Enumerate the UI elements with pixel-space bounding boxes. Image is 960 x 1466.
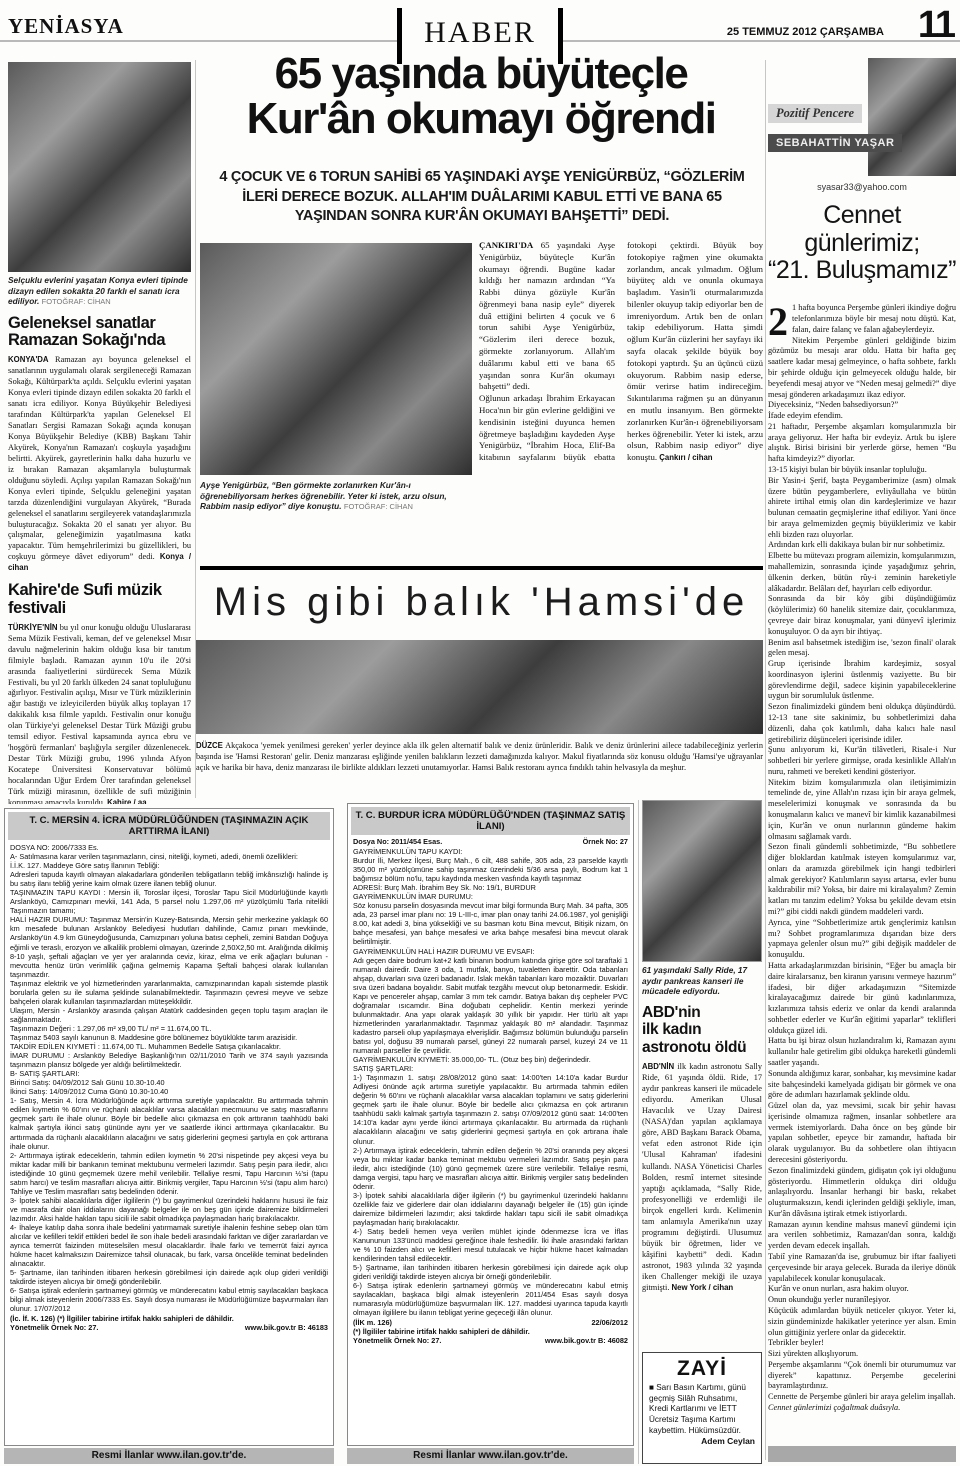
burdur-bik-ref: www.bik.gov.tr B: 46082 xyxy=(545,1336,628,1345)
divider-right xyxy=(765,60,766,1460)
column-kicker: Pozitif Pencere xyxy=(768,104,862,123)
zayi-title: ZAYİ xyxy=(649,1357,755,1381)
newspaper-page: YENİASYA HABER 25 TEMMUZ 2012 ÇARŞAMBA 1… xyxy=(0,0,960,1466)
photo-credit: FOTOĞRAF: CİHAN xyxy=(42,297,111,306)
columnist-header: Pozitif Pencere SEBAHATTİN YAŞAR xyxy=(768,58,956,178)
left-column: Selçuklu evlerini yaşatan Konya evleri t… xyxy=(8,62,191,804)
hamsi-body: DÜZCE Akçakoca 'yemek yenilmesi gereken'… xyxy=(196,740,763,798)
mersin-notice-title: T. C. MERSİN 4. İCRA MÜDÜRLÜĞÜNDEN (TAŞI… xyxy=(8,812,330,840)
page-number: 11 xyxy=(918,4,954,47)
sally-credit: New York / cihan xyxy=(672,1283,734,1292)
kahire-headline: Kahire'de Sufi müzik festivali xyxy=(8,582,191,617)
mersin-auction-notice: T. C. MERSİN 4. İCRA MÜDÜRLÜĞÜNDEN (TAŞI… xyxy=(4,808,334,1446)
burdur-file-no: Dosya No: 2011/454 Esas. xyxy=(353,837,442,846)
sally-headline: ABD'nin ilk kadın astronotu öldü xyxy=(642,1004,762,1056)
mersin-notice-body: DOSYA NO: 2006/7333 Es. A- Satılmasına k… xyxy=(5,842,333,1314)
drop-cap: 2 xyxy=(768,303,792,339)
sally-body: ABD'NİN ilk kadın astronotu Sally Ride, … xyxy=(642,1061,762,1293)
burdur-notice-footer: Yönetmelik Örnek No: 27. www.bik.gov.tr … xyxy=(348,1336,633,1345)
column-headline: Cennet günlerimiz; “21. Buluşmamız” xyxy=(768,202,956,285)
main-subhead: 4 ÇOCUK VE 6 TORUN SAHİBİ 65 YAŞINDAKİ A… xyxy=(218,168,746,227)
hamsi-headline: Mis gibi balık 'Hamsi'de xyxy=(200,580,763,625)
sally-photo-caption: 61 yaşındaki Sally Ride, 17 aydır pankre… xyxy=(642,965,762,997)
konya-ramazan-street-photo xyxy=(8,62,191,272)
konya-body: KONYA'DA Ramazan ayı boyunca geleneksel … xyxy=(8,355,191,574)
columnist-portrait-photo xyxy=(868,58,956,176)
divider-sally xyxy=(638,800,639,1464)
section-divider-rule xyxy=(200,566,763,570)
burdur-notice-title: T. C. BURDUR İCRA MÜDÜRLÜĞÜ'NDEN (TAŞINM… xyxy=(351,807,630,835)
zayi-classified-box: ZAYİ ■ Sarı Basın Kartımı, günü geçmiş S… xyxy=(642,1352,762,1464)
cankiri-credit: Çankırı / cihan xyxy=(659,453,712,462)
burdur-date: 22/06/2012 xyxy=(591,1318,628,1327)
zayi-signature: Adem Ceylan xyxy=(649,1436,755,1446)
burdur-notice-body: GAYRİMENKULÜN TAPU KAYDI: Burdur İli, Me… xyxy=(348,846,633,1318)
columnist-name: SEBAHATTİN YAŞAR xyxy=(768,134,902,152)
mersin-notice-footer: Yönetmelik Örnek No: 27. www.bik.gov.tr … xyxy=(5,1323,333,1332)
burdur-file-row: Dosya No: 2011/454 Esas. Örnek No: 27 xyxy=(348,837,633,846)
ayse-yenigurbuz-photo xyxy=(200,243,472,475)
photo-credit: FOTOĞRAF: CİHAN xyxy=(344,502,413,511)
issue-date: 25 TEMMUZ 2012 ÇARŞAMBA xyxy=(721,26,890,38)
konya-photo-caption: Selçuklu evlerini yaşatan Konya evleri t… xyxy=(8,275,191,307)
mersin-bik-ref: www.bik.gov.tr B: 46183 xyxy=(245,1323,328,1332)
columnist-email: syasar33@yahoo.com xyxy=(768,182,956,192)
burdur-sample-no: Örnek No: 27 xyxy=(583,837,628,846)
sally-ride-column: 61 yaşındaki Sally Ride, 17 aydır pankre… xyxy=(642,800,762,1348)
zayi-body: ■ Sarı Basın Kartımı, günü geçmiş Silâh … xyxy=(649,1383,755,1436)
mersin-notice-note: (İc. İf. K. 126) (*) İlgililer tabirine … xyxy=(5,1314,333,1323)
cankiri-body: ÇANKIRI'DA 65 yaşındaki Ayşe Yenigürbüz,… xyxy=(479,240,763,562)
mersin-resmi-ilan-bar: Resmi İlanlar www.ilan.gov.tr'de. xyxy=(4,1448,334,1464)
cankiri-photo-caption: Ayşe Yenigürbüz, “Ben görmekte zorlanırk… xyxy=(200,480,472,512)
column-body: 21 hafta boyunca Perşembe günleri ikindi… xyxy=(768,293,956,1453)
konya-headline: Geleneksel sanatlar Ramazan Sokağı'nda xyxy=(8,315,191,350)
main-headline: 65 yaşında büyüteçle Kur'ân okumayı öğre… xyxy=(200,52,762,142)
burdur-resmi-ilan-bar: Resmi İlanlar www.ilan.gov.tr'de. xyxy=(347,1448,634,1464)
opinion-column: Pozitif Pencere SEBAHATTİN YAŞAR syasar3… xyxy=(768,58,956,1453)
kahire-credit: Kahire / aa xyxy=(107,798,146,804)
hamsi-restaurant-photo xyxy=(196,640,763,734)
burdur-auction-notice: T. C. BURDUR İCRA MÜDÜRLÜĞÜ'NDEN (TAŞINM… xyxy=(347,803,634,1446)
sally-ride-photo xyxy=(642,800,762,962)
opinion-footer-bar xyxy=(768,1446,956,1462)
burdur-notice-note: (*) İlgililer tabirine irtifak hakkı sah… xyxy=(348,1327,633,1336)
column-closing: Cennet günlerimizi çoğaltmak duâsıyla. xyxy=(768,1403,956,1414)
kahire-body: TÜRKİYE'NİN bu yıl onur konuğu olduğu Ul… xyxy=(8,623,191,804)
burdur-note-row: (İİK m. 126) 22/06/2012 xyxy=(348,1318,633,1327)
